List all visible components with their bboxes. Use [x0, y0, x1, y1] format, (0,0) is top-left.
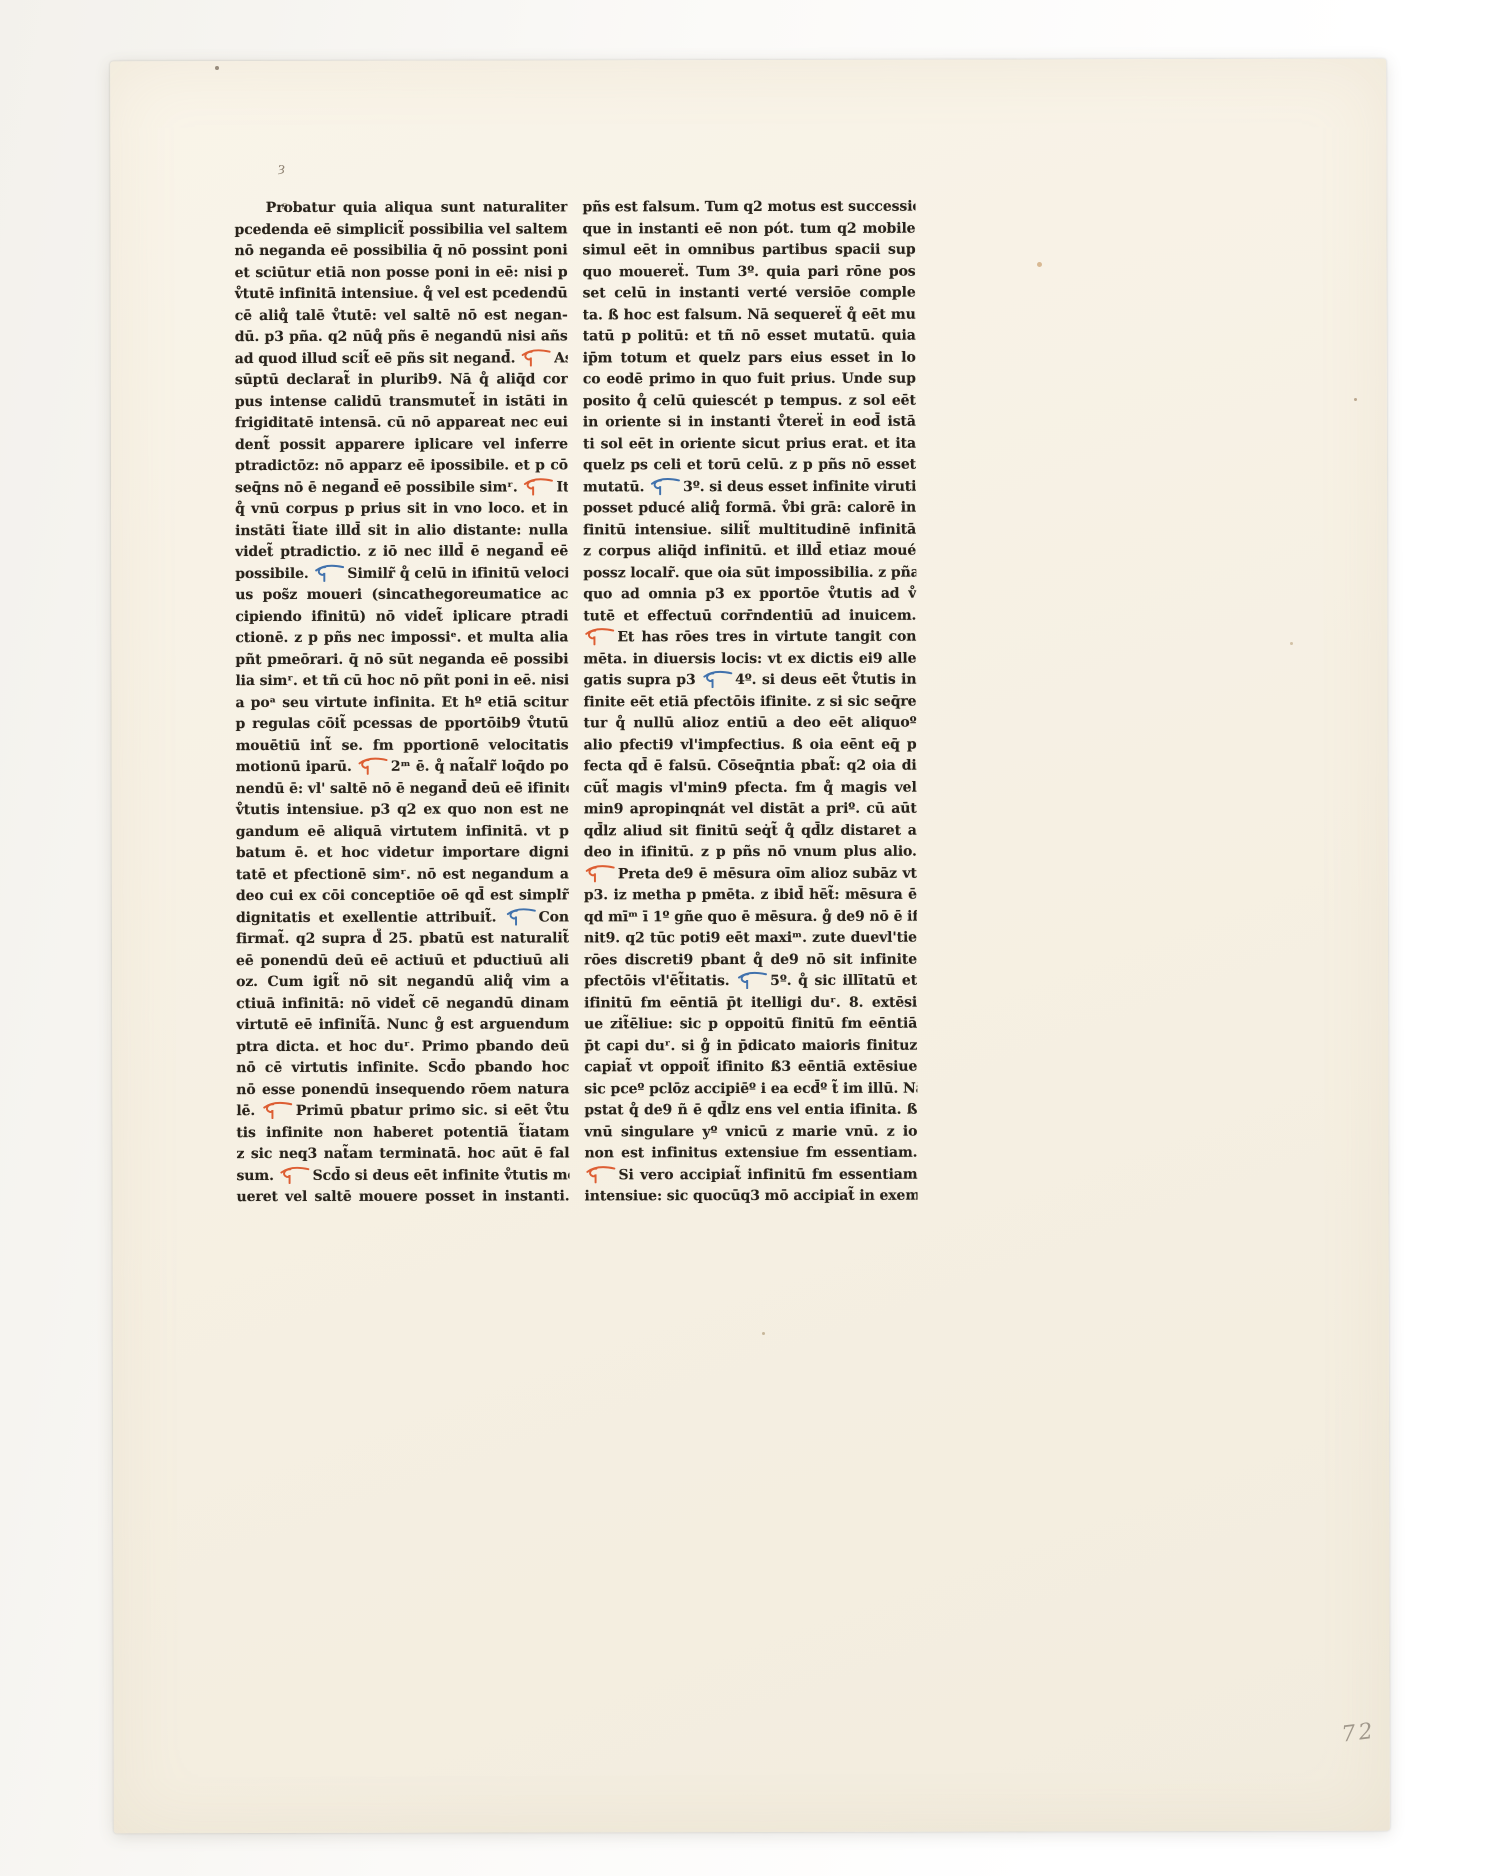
text-line: finite eēt etiā pfectōis ifinite. z si s… — [583, 691, 916, 713]
text-line: nō esse ponendū insequendo rōem natura — [236, 1079, 569, 1101]
text-line: oz. Cum igit̃ nō sit negandū aliq̊ vim a — [236, 971, 569, 993]
text-line: que in instanti eē non pót. tum q2 mobil… — [582, 218, 915, 240]
text-line: firmat̃. q2 supra d̊ 25. pbatū est natur… — [236, 928, 569, 950]
text-segment: v̊tutē infinitā intensiue. q̊ vel est pc… — [235, 285, 568, 302]
text-line: pcedenda eē simplicit̃ possibilia vel sa… — [234, 219, 567, 241]
text-segment: tatū p politū: et tñ nō esset mutatū. qu… — [583, 328, 916, 345]
pilcrow-mark-red — [523, 477, 553, 495]
text-line: quo mouereẗ. Tum 3º. quia pari rōne pos — [583, 261, 916, 283]
text-segment: deo in ifinitū. z p pñs nō vnum plus ali… — [584, 844, 917, 861]
text-segment: ta. ß hoc est falsum. Nā sequereẗ q̊ eēt… — [583, 306, 916, 323]
text-segment: firmat̃. q2 supra d̊ 25. pbatū est natur… — [236, 930, 569, 947]
text-segment: frigiditatē intensā. cū nō appareat nec … — [235, 414, 568, 431]
pilcrow-mark-blue — [702, 670, 732, 688]
text-line: possz localr̃. que oia sūt impossibilia.… — [583, 562, 916, 584]
text-segment: gatis supra p3 — [583, 672, 701, 688]
text-segment: finite eēt etiā pfectōis ifinite. z si s… — [583, 693, 916, 710]
text-segment: dent̃ possit apparere iplicare vel infer… — [235, 436, 568, 453]
text-segment: z sic neq3 nat̃am terminatā. hoc aūt ē f… — [236, 1145, 569, 1162]
pilcrow-mark-blue — [650, 477, 680, 495]
text-segment: videt̃ ptradictio. z iō nec illd̄ ē nega… — [235, 543, 568, 560]
text-line: pstat q̊ de9 ñ ē qd̄lz ens vel entia ifi… — [584, 1100, 917, 1122]
text-segment: virtutē eē infinit̃ā. Nunc g̊ est arguen… — [236, 1016, 569, 1033]
text-segment: Si vero accipiat̃ infinitū fm essentiam — [618, 1166, 917, 1183]
text-line: Si vero accipiat̃ infinitū fm essentiam — [584, 1164, 917, 1186]
text-line: tutē et effectuū corr̄ndentiū ad inuicem… — [583, 605, 916, 627]
text-segment: nō esse ponendū insequendo rōem natura — [236, 1081, 569, 1098]
text-column-right: pñs est falsum. Tum q2 motus est success… — [582, 197, 917, 1208]
text-segment: 3º. si deus esset infinite virutis — [683, 478, 916, 495]
text-line: lia simʳ. et tñ cū hoc nō pñt poni in eē… — [235, 670, 568, 692]
text-line: qd mīᵐ ī 1º gñe quo ē mēsura. g̊ de9 nō … — [584, 906, 917, 928]
folio-number: 72 — [1340, 1719, 1377, 1748]
text-line: ptra dicta. et hoc duʳ. Primo pbando deū — [236, 1036, 569, 1058]
text-segment: pñt pmeōrari. q̄ nō sūt neganda eē possi… — [235, 651, 568, 668]
text-segment: 4º. si deus eēt v̊tutis in — [735, 672, 916, 688]
text-segment: cipiendo ifinitū) nō videt̃ iplicare ptr… — [235, 608, 568, 625]
text-segment: z corpus aliq̄d infinitū. et illd̄ etiaz… — [583, 543, 916, 560]
text-line: cūt̃ magis vl'min9 pfecta. fm q̊ magis v… — [584, 777, 917, 799]
text-line: ue zit̃ēliue: sic p oppoitū finitū fm eē… — [584, 1014, 917, 1036]
text-segment: non est infinitus extensiue fm essentiam… — [584, 1145, 917, 1162]
text-line: instāti t̃iate illd̄ sit in alio distant… — [235, 520, 568, 542]
text-line: motionū iparū. 2ᵐ ē. q̊ nat̃alr̃ loq̄do … — [236, 756, 569, 778]
paper-speck — [1037, 262, 1042, 267]
text-line: Et has rōes tres in virtute tangit con — [583, 627, 916, 649]
text-segment: tutē et effectuū corr̄ndentiū ad inuicem… — [583, 607, 916, 624]
text-segment: capiat̃ vt oppoit̃ ifinito ß3 eēntiā ext… — [584, 1059, 917, 1076]
text-line: vnū singulare yº vnicū z marie vnū. z io — [584, 1121, 917, 1143]
text-segment: possz localr̃. que oia sūt impossibilia.… — [583, 564, 916, 581]
text-line: frigiditatē intensā. cū nō appareat nec … — [235, 412, 568, 434]
text-segment: lē. — [236, 1103, 262, 1119]
text-line: sic pceº pclōz accipiēº i ea ecd̄º t̃ im… — [584, 1078, 917, 1100]
text-segment: gandum eē aliquā virtutem infinitā. vt p — [236, 823, 569, 840]
text-line: cipiendo ifinitū) nō videt̃ iplicare ptr… — [235, 606, 568, 628]
text-line: a poᵃ seu virtute infinita. Et hº etiā s… — [235, 692, 568, 714]
text-line: deo cui ex cōi conceptiōe oē qd̄ est sim… — [236, 885, 569, 907]
text-line: p̄t capi duʳ. si g̊ in p̄dicato maioris … — [584, 1035, 917, 1057]
text-segment: fecta qd̄ ē falsū. Cōseq̄ntia pbat̃: q2 … — [584, 758, 917, 775]
text-line: ueret vel saltē mouere posset in instant… — [237, 1186, 570, 1208]
text-segment: pfectōis vl'ēt̃itatis. — [584, 973, 736, 989]
text-line: z corpus aliq̄d infinitū. et illd̄ etiaz… — [583, 541, 916, 563]
text-segment: tur q̊ nullū alioz entiū a deo eēt aliqu… — [584, 715, 917, 732]
text-segment: 5º. q̊ sic illītatū et — [770, 973, 917, 989]
text-line: eē ponendū deū eē actiuū et pductiuū ali — [236, 950, 569, 972]
text-segment: tis infinite non haberet potentiā t̃iata… — [236, 1124, 569, 1141]
text-line: dent̃ possit apparere iplicare vel infer… — [235, 434, 568, 456]
text-line: capiat̃ vt oppoit̃ ifinito ß3 eēntiā ext… — [584, 1057, 917, 1079]
text-line: Preta de9 ē mēsura oīm alioz subāz vt — [584, 863, 917, 885]
text-segment: posito q̊ celū quiescét p tempus. z sol … — [583, 392, 916, 409]
text-line: ta. ß hoc est falsum. Nā sequereẗ q̊ eēt… — [583, 304, 916, 326]
text-line: mutatū. 3º. si deus esset infinite virut… — [583, 476, 916, 498]
text-segment: ue zit̃ēliue: sic p oppoitū finitū fm eē… — [584, 1016, 917, 1033]
text-segment: ptradictōz: nō apparz eē ipossibile. et … — [235, 457, 568, 474]
text-segment: set celū in instanti verté versiōe compl… — [583, 285, 916, 302]
text-segment: cūt̃ magis vl'min9 pfecta. fm q̊ magis v… — [584, 779, 917, 796]
text-line: ip̄m totum et quelz pars eius esset in l… — [583, 347, 916, 369]
text-segment: qd mīᵐ ī 1º gñe quo ē mēsura. g̊ de9 nō … — [584, 908, 917, 925]
text-line: virtutē eē infinit̃ā. Nunc g̊ est arguen… — [236, 1014, 569, 1036]
text-line: co eodē primo in quo fuit prius. Unde su… — [583, 369, 916, 391]
text-segment: tatē et pfectionē simʳ. nō est negandum … — [236, 866, 569, 883]
text-segment: nendū ē: vl' saltē nō ē negand̄ deū eē i… — [236, 780, 569, 797]
text-segment: pcedenda eē simplicit̃ possibilia vel sa… — [234, 221, 567, 238]
text-line: lē. Primū pbatur primo sic. si eēt v̊tu — [236, 1100, 569, 1122]
text-line: mēta. in diuersis locis: vt ex dictis ei… — [583, 648, 916, 670]
text-line: qd̄lz aliud sit finitū seq̇t̃ q̊ qd̄lz d… — [584, 820, 917, 842]
text-segment: pñs est falsum. Tum q2 motus est success… — [582, 199, 915, 216]
text-line: pñt pmeōrari. q̄ nō sūt neganda eē possi… — [235, 649, 568, 671]
text-segment: Primū pbatur primo sic. si eēt v̊tu — [296, 1102, 570, 1119]
paper-speck — [215, 66, 219, 70]
text-line: sūptū declarat̃ in plurib9. Nā q̊ aliq̄d… — [235, 369, 568, 391]
text-line: ti sol eēt in oriente sicut prius erat. … — [583, 433, 916, 455]
text-line: et sciūtur etiā non posse poni in eē: ni… — [235, 262, 568, 284]
text-line: pus intense calidū transmutet̃ in istāti… — [235, 391, 568, 413]
incunable-leaf: ȝ ɛ Probatur quia aliqua sunt naturalite… — [110, 59, 1390, 1834]
text-segment: Con — [539, 909, 569, 925]
handwritten-margin-mark: ȝ — [277, 161, 286, 177]
paper-speck — [762, 1332, 765, 1335]
pilcrow-mark-red — [585, 1165, 615, 1183]
text-segment: vnū singulare yº vnicū z marie vnū. z io — [584, 1123, 917, 1140]
text-segment: nō cē virtutis infinite. Scd̄o pbando ho… — [236, 1059, 569, 1076]
text-segment: q̊ vnū corpus p prius sit in vno loco. e… — [235, 500, 568, 517]
pilcrow-mark-blue — [737, 971, 767, 989]
paper-speck — [1354, 398, 1357, 401]
text-line: rōes discreti9 pbant q̊ de9 nō sit infin… — [584, 949, 917, 971]
text-line: set celū in instanti verté versiōe compl… — [583, 283, 916, 305]
pilcrow-mark-red — [263, 1101, 293, 1119]
pilcrow-mark-red — [584, 627, 614, 645]
pilcrow-mark-red — [521, 348, 551, 366]
text-segment: ctiuā infinitā: nō videt̃ cē negandū din… — [236, 995, 569, 1012]
text-line: quo ad omnia p3 ex pportōe v̊tutis ad v̊ — [583, 584, 916, 606]
text-line: tatū p politū: et tñ nō esset mutatū. qu… — [583, 326, 916, 348]
text-segment: batum ē. et hoc videtur importare digni — [236, 844, 569, 861]
text-line: ifinitū fm eēntiā p̄t itelligi duʳ. 8. e… — [584, 992, 917, 1014]
text-line: intensiue: sic quocūq3 mō accipiat̃ in e… — [585, 1186, 918, 1208]
text-segment: p regulas cōit̃ pcessas de pportōib9 v̊t… — [236, 715, 569, 732]
text-segment: possibile. — [235, 565, 313, 581]
text-line: nō cē virtutis infinite. Scd̄o pbando ho… — [236, 1057, 569, 1079]
text-line: v̊tutē infinitā intensiue. q̊ vel est pc… — [235, 283, 568, 305]
text-segment: motionū iparū. — [236, 759, 357, 775]
text-segment: intensiue: sic quocūq3 mō accipiat̃ in e… — [585, 1188, 918, 1205]
text-segment: cē aliq̊ talē v̊tutē: vel saltē nō est n… — [235, 307, 568, 324]
text-segment: finitū intensiue. silit̃ multitudinē inf… — [583, 521, 916, 538]
text-line: alio pfecti9 vl'impfectius. ß oia eēnt e… — [584, 734, 917, 756]
text-segment: ifinitū fm eēntiā p̄t itelligi duʳ. 8. e… — [584, 994, 917, 1011]
text-line: pñs est falsum. Tum q2 motus est success… — [582, 197, 915, 219]
pilcrow-mark-red — [280, 1165, 310, 1183]
text-line: q̊ vnū corpus p prius sit in vno loco. e… — [235, 498, 568, 520]
text-line: Probatur quia aliqua sunt naturaliter — [234, 197, 567, 219]
text-line: gandum eē aliquā virtutem infinitā. vt p — [236, 821, 569, 843]
text-segment: Scd̄o si deus eēt infinite v̊tutis mo — [313, 1167, 570, 1184]
text-segment: sum. — [236, 1167, 278, 1183]
text-line: v̊tutis intensiue. p3 q2 ex quo non est … — [236, 799, 569, 821]
text-line: mouētiū int̃ se. fm pportionē velocitati… — [236, 735, 569, 757]
text-line: tatē et pfectionē simʳ. nō est negandum … — [236, 864, 569, 886]
text-segment: mouētiū int̃ se. fm pportionē velocitati… — [236, 737, 569, 754]
pilcrow-mark-red — [585, 864, 615, 882]
text-line: posset pducé aliq̊ formā. v̊bi grā: calo… — [583, 498, 916, 520]
text-segment: a poᵃ seu virtute infinita. Et hº etiā s… — [235, 694, 568, 711]
text-segment: dignitatis et exellentie attribuit̃. — [236, 909, 505, 926]
text-segment: quo mouereẗ. Tum 3º. quia pari rōne pos — [583, 263, 916, 280]
text-line: fecta qd̄ ē falsū. Cōseq̄ntia pbat̃: q2 … — [584, 756, 917, 778]
text-line: ad quod illud scit̃ eē pñs sit negand̄. … — [235, 348, 568, 370]
text-line: ptradictōz: nō apparz eē ipossibile. et … — [235, 455, 568, 477]
text-segment: in oriente si in instanti v̊tereẗ in eod… — [583, 414, 916, 431]
text-line: simul eēt in omnibus partibus spacii sup — [583, 240, 916, 262]
text-line: gatis supra p3 4º. si deus eēt v̊tutis i… — [583, 670, 916, 692]
text-segment: et sciūtur etiā non posse poni in eē: ni… — [235, 264, 568, 281]
photo-backdrop: { "document": { "type": "incunable-leaf-… — [0, 0, 1500, 1876]
text-line: deo in ifinitū. z p pñs nō vnum plus ali… — [584, 842, 917, 864]
text-line: tur q̊ nullū alioz entiū a deo eēt aliqu… — [584, 713, 917, 735]
text-line: p regulas cōit̃ pcessas de pportōib9 v̊t… — [236, 713, 569, 735]
text-segment: pstat q̊ de9 ñ ē qd̄lz ens vel entia ifi… — [584, 1102, 917, 1119]
text-line: seq̄ns nō ē negand̄ eē possibile simʳ. I… — [235, 477, 568, 499]
text-segment: oz. Cum igit̃ nō sit negandū aliq̊ vim a — [236, 973, 569, 990]
text-segment: quo ad omnia p3 ex pportōe v̊tutis ad v̊ — [583, 586, 916, 603]
text-line: dignitatis et exellentie attribuit̃. Con — [236, 907, 569, 929]
text-segment: lia simʳ. et tñ cū hoc nō pñt poni in eē… — [235, 672, 568, 689]
text-line: batum ē. et hoc videtur importare digni — [236, 842, 569, 864]
text-line: min9 apropinqnát vel distāt a priº. cū a… — [584, 799, 917, 821]
text-segment: quelz ps celi et torū celū. z p pñs nō e… — [583, 457, 916, 474]
text-segment: Similr̃ q̊ celū in ifinitū veloci — [347, 565, 568, 581]
text-segment: 2ᵐ ē. q̊ nat̃alr̃ loq̄do po — [391, 758, 569, 774]
text-segment: eē ponendū deū eē actiuū et pductiuū ali — [236, 952, 569, 969]
text-segment: Preta de9 ē mēsura oīm alioz subāz vt — [618, 865, 917, 882]
text-line: posito q̊ celū quiescét p tempus. z sol … — [583, 390, 916, 412]
text-line: cē aliq̊ talē v̊tutē: vel saltē nō est n… — [235, 305, 568, 327]
text-segment: v̊tutis intensiue. p3 q2 ex quo non est … — [236, 801, 569, 818]
text-segment: ueret vel saltē mouere posset in instant… — [237, 1188, 570, 1205]
text-segment: mutatū. — [583, 479, 649, 495]
text-line: quelz ps celi et torū celū. z p pñs nō e… — [583, 455, 916, 477]
text-line: nō neganda eē possibilia q̄ nō possint p… — [235, 240, 568, 262]
text-column-left: Probatur quia aliqua sunt naturaliterpce… — [234, 197, 569, 1208]
text-segment: simul eēt in omnibus partibus spacii sup — [583, 242, 916, 259]
text-segment: seq̄ns nō ē negand̄ eē possibile simʳ. — [235, 479, 522, 496]
text-line: finitū intensiue. silit̃ multitudinē inf… — [583, 519, 916, 541]
paper-speck — [1290, 642, 1293, 645]
text-segment: que in instanti eē non pót. tum q2 mobil… — [582, 220, 915, 237]
text-segment: pus intense calidū transmutet̃ in istāti… — [235, 393, 568, 410]
text-segment: Itē — [556, 479, 568, 495]
text-line: in oriente si in instanti v̊tereẗ in eod… — [583, 412, 916, 434]
text-segment: mēta. in diuersis locis: vt ex dictis ei… — [583, 650, 916, 667]
text-segment: Probatur quia aliqua sunt naturaliter — [234, 199, 567, 216]
text-segment: p3. iz metha p pmēta. z ibid̄ hēt̃: mēsu… — [584, 887, 917, 904]
text-line: pfectōis vl'ēt̃itatis. 5º. q̊ sic illīta… — [584, 971, 917, 993]
text-line: nit9. q2 tūc poti9 eēt maxiᵐ. zute duevl… — [584, 928, 917, 950]
pilcrow-mark-blue — [506, 907, 536, 925]
text-segment: co eodē primo in quo fuit prius. Unde su… — [583, 371, 916, 388]
text-line: non est infinitus extensiue fm essentiam… — [584, 1143, 917, 1165]
text-line: ctionē. z p pñs nec impossiᵉ. et multa a… — [235, 627, 568, 649]
text-line: nendū ē: vl' saltē nō ē negand̄ deū eē i… — [236, 778, 569, 800]
text-segment: ad quod illud scit̃ eē pñs sit negand̄. — [235, 350, 520, 367]
text-segment: nō neganda eē possibilia q̄ nō possint p… — [235, 242, 568, 259]
text-line: dū. p3 pña. q2 nūq̊ pñs ē negandū nisi a… — [235, 326, 568, 348]
text-line: us pos̃z moueri (sincathegoreumatice ac — [235, 584, 568, 606]
pilcrow-mark-blue — [314, 563, 344, 581]
text-segment: qd̄lz aliud sit finitū seq̇t̃ q̊ qd̄lz d… — [584, 822, 917, 839]
text-line: sum. Scd̄o si deus eēt infinite v̊tutis … — [236, 1165, 569, 1187]
text-segment: ctionē. z p pñs nec impossiᵉ. et multa a… — [235, 629, 568, 646]
text-line: z sic neq3 nat̃am terminatā. hoc aūt ē f… — [236, 1143, 569, 1165]
text-segment: us pos̃z moueri (sincathegoreumatice ac — [235, 586, 568, 603]
text-segment: ptra dicta. et hoc duʳ. Primo pbando deū — [236, 1038, 569, 1055]
text-segment: rōes discreti9 pbant q̊ de9 nō sit infin… — [584, 951, 917, 968]
text-line: videt̃ ptradictio. z iō nec illd̄ ē nega… — [235, 541, 568, 563]
text-segment: dū. p3 pña. q2 nūq̊ pñs ē negandū nisi a… — [235, 328, 568, 345]
text-segment: p̄t capi duʳ. si g̊ in p̄dicato maioris … — [584, 1037, 917, 1054]
pilcrow-mark-red — [358, 757, 388, 775]
text-segment: deo cui ex cōi conceptiōe oē qd̄ est sim… — [236, 887, 569, 904]
text-line: ctiuā infinitā: nō videt̃ cē negandū din… — [236, 993, 569, 1015]
text-segment: As — [554, 350, 568, 366]
text-segment: nit9. q2 tūc poti9 eēt maxiᵐ. zute duevl… — [584, 930, 917, 947]
text-segment: Et has rōes tres in virtute tangit con — [617, 629, 916, 646]
text-segment: min9 apropinqnát vel distāt a priº. cū a… — [584, 801, 917, 818]
text-segment: ip̄m totum et quelz pars eius esset in l… — [583, 349, 916, 366]
text-line: possibile. Similr̃ q̊ celū in ifinitū ve… — [235, 563, 568, 585]
text-segment: alio pfecti9 vl'impfectius. ß oia eēnt e… — [584, 736, 917, 753]
text-segment: sūptū declarat̃ in plurib9. Nā q̊ aliq̄d… — [235, 371, 568, 388]
text-line: tis infinite non haberet potentiā t̃iata… — [236, 1122, 569, 1144]
text-segment: posset pducé aliq̊ formā. v̊bi grā: calo… — [583, 500, 916, 517]
text-line: p3. iz metha p pmēta. z ibid̄ hēt̃: mēsu… — [584, 885, 917, 907]
text-segment: instāti t̃iate illd̄ sit in alio distant… — [235, 522, 568, 539]
text-segment: sic pceº pclōz accipiēº i ea ecd̄º t̃ im… — [584, 1080, 917, 1097]
text-segment: ti sol eēt in oriente sicut prius erat. … — [583, 435, 916, 452]
